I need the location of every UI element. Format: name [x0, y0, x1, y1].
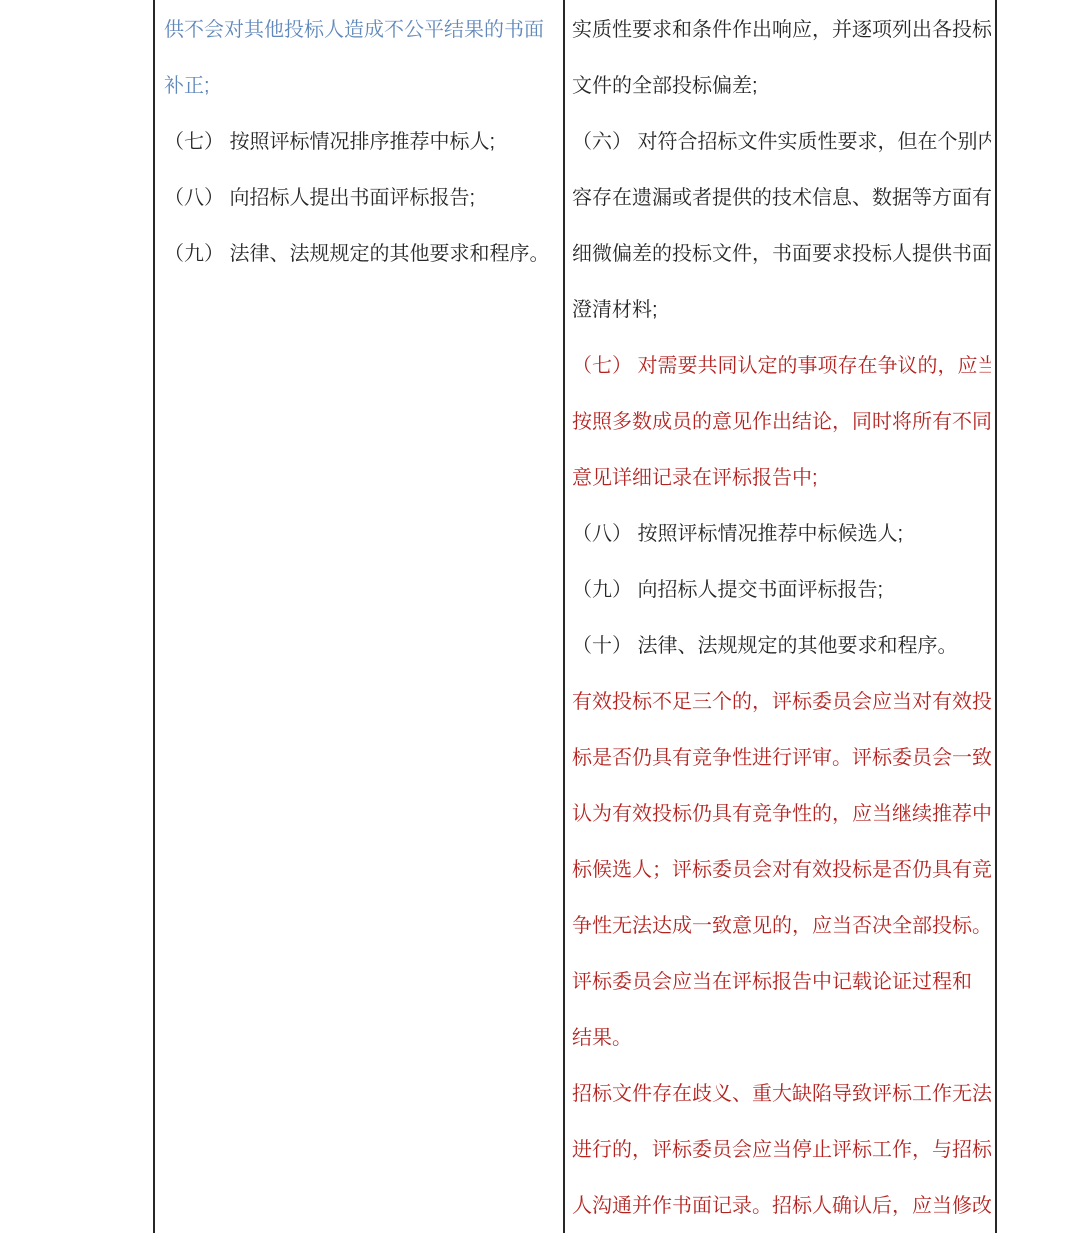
text-line: （十） 法律、法规规定的其他要求和程序。	[572, 618, 991, 674]
text-line: 容存在遗漏或者提供的技术信息、数据等方面有	[572, 170, 991, 226]
text-line: （七） 对需要共同认定的事项存在争议的，应当	[572, 338, 991, 394]
text-line: （八） 向招标人提出书面评标报告;	[164, 170, 557, 226]
clause-comparison-table: 供不会对其他投标人造成不公平结果的书面补正;（七） 按照评标情况排序推荐中标人;…	[153, 0, 997, 1233]
text-line: （九） 法律、法规规定的其他要求和程序。	[164, 226, 557, 282]
text-line: 人沟通并作书面记录。招标人确认后，应当修改	[572, 1178, 991, 1233]
text-line: 供不会对其他投标人造成不公平结果的书面	[164, 2, 557, 58]
text-line: 有效投标不足三个的，评标委员会应当对有效投	[572, 674, 991, 730]
text-line: 实质性要求和条件作出响应，并逐项列出各投标	[572, 2, 991, 58]
text-line: 标候选人；评标委员会对有效投标是否仍具有竞	[572, 842, 991, 898]
text-line: 意见详细记录在评标报告中;	[572, 450, 991, 506]
text-line: （九） 向招标人提交书面评标报告;	[572, 562, 991, 618]
text-line: 结果。	[572, 1010, 991, 1066]
text-line: 进行的，评标委员会应当停止评标工作，与招标	[572, 1122, 991, 1178]
text-line: 补正;	[164, 58, 557, 114]
text-line: 按照多数成员的意见作出结论，同时将所有不同	[572, 394, 991, 450]
text-line: （八） 按照评标情况推荐中标候选人;	[572, 506, 991, 562]
text-line: 澄清材料;	[572, 282, 991, 338]
text-line: 评标委员会应当在评标报告中记载论证过程和	[572, 954, 991, 1010]
text-line: 认为有效投标仍具有竞争性的，应当继续推荐中	[572, 786, 991, 842]
text-line: （七） 按照评标情况排序推荐中标人;	[164, 114, 557, 170]
table-cell-left: 供不会对其他投标人造成不公平结果的书面补正;（七） 按照评标情况排序推荐中标人;…	[153, 0, 565, 1233]
text-line: 细微偏差的投标文件，书面要求投标人提供书面	[572, 226, 991, 282]
document-page: 供不会对其他投标人造成不公平结果的书面补正;（七） 按照评标情况排序推荐中标人;…	[0, 0, 1080, 1233]
text-line: 招标文件存在歧义、重大缺陷导致评标工作无法	[572, 1066, 991, 1122]
text-line: 标是否仍具有竞争性进行评审。评标委员会一致	[572, 730, 991, 786]
text-line: 争性无法达成一致意见的，应当否决全部投标。	[572, 898, 991, 954]
text-line: （六） 对符合招标文件实质性要求，但在个别内	[572, 114, 991, 170]
table-cell-right: 实质性要求和条件作出响应，并逐项列出各投标文件的全部投标偏差;（六） 对符合招标…	[565, 0, 997, 1233]
text-line: 文件的全部投标偏差;	[572, 58, 991, 114]
